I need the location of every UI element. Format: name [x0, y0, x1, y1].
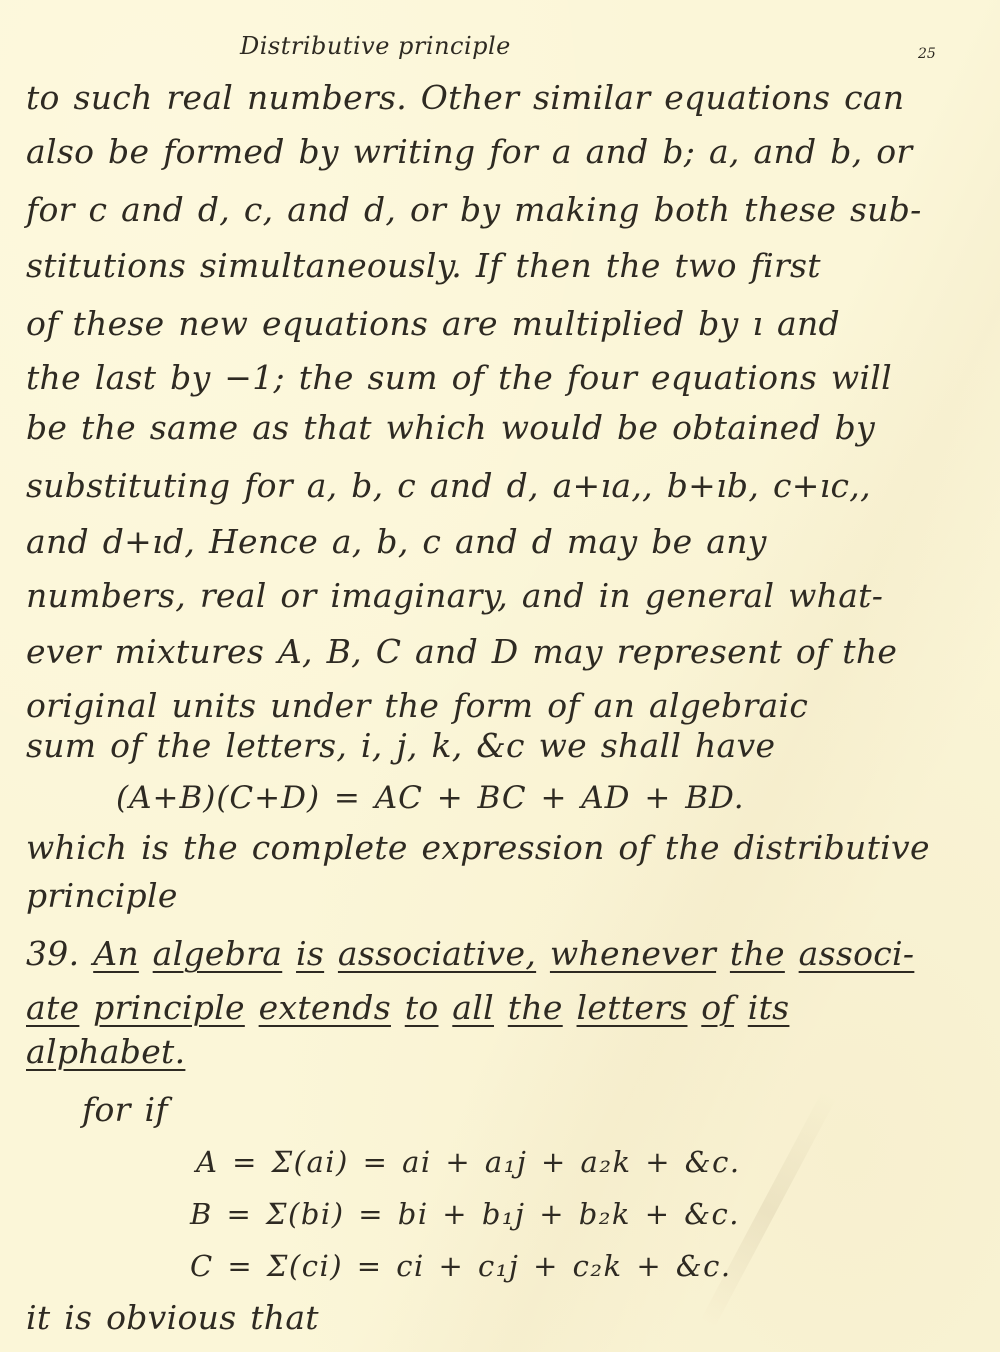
definition-word: principle — [93, 988, 245, 1027]
body-line: be the same as that which would be obtai… — [26, 406, 875, 450]
definition-word: the — [730, 934, 785, 973]
body-line: sum of the letters, i, j, k, &c we shall… — [26, 724, 775, 768]
sum-equation-c: C = Σ(ci) = ci + c₁j + c₂k + &c. — [190, 1244, 732, 1288]
section-39-line-2: ate principle extends to all the letters… — [26, 986, 789, 1030]
body-line: original units under the form of an alge… — [26, 684, 808, 728]
body-line: the last by −1; the sum of the four equa… — [26, 356, 892, 400]
definition-word: extends — [259, 988, 391, 1027]
body-line: and d+ıd, Hence a, b, c and d may be any — [26, 520, 767, 564]
for-if-text: for if — [82, 1088, 168, 1132]
definition-word: whenever — [550, 934, 716, 973]
body-line: stitutions simultaneously. If then the t… — [26, 244, 821, 288]
definition-word: its — [748, 988, 790, 1027]
page-number: 25 — [918, 46, 936, 62]
body-line: numbers, real or imaginary, and in gener… — [26, 574, 883, 618]
definition-word: associative, — [338, 934, 536, 973]
definition-word: the — [508, 988, 563, 1027]
body-line: to such real numbers. Other similar equa… — [26, 76, 904, 120]
definition-word: is — [296, 934, 324, 973]
definition-word: ate — [26, 988, 79, 1027]
definition-word: to — [405, 988, 439, 1027]
definition-word: of — [701, 988, 734, 1027]
definition-word: associ- — [799, 934, 915, 973]
body-line: for c and d, c, and d, or by making both… — [26, 188, 922, 232]
body-line: of these new equations are multiplied by… — [26, 302, 840, 346]
definition-word: all — [452, 988, 494, 1027]
section-39-line-1: 39. An algebra is associative, whenever … — [26, 932, 914, 976]
body-line: also be formed by writing for a and b; a… — [26, 130, 913, 174]
definition-word: algebra — [153, 934, 283, 973]
definition-word: alphabet. — [26, 1032, 185, 1071]
body-line: substituting for a, b, c and d, a+ıa,, b… — [26, 464, 871, 508]
manuscript-page: Distributive principle 25 to such real n… — [0, 0, 1000, 1352]
body-line: which is the complete expression of the … — [26, 826, 930, 870]
sum-equation-b: B = Σ(bi) = bi + b₁j + b₂k + &c. — [190, 1192, 740, 1236]
body-line: principle — [26, 874, 178, 918]
sum-equation-a: A = Σ(ai) = ai + a₁j + a₂k + &c. — [196, 1140, 741, 1184]
body-line: ever mixtures A, B, C and D may represen… — [26, 630, 897, 674]
running-title: Distributive principle — [240, 32, 511, 60]
definition-word: An — [93, 934, 139, 973]
section-39-line-3: alphabet. — [26, 1030, 185, 1074]
conclusion-line: it is obvious that — [26, 1296, 319, 1340]
section-number: 39. — [26, 934, 79, 973]
definition-word: letters — [577, 988, 688, 1027]
distributive-equation: (A+B)(C+D) = AC + BC + AD + BD. — [116, 776, 745, 820]
